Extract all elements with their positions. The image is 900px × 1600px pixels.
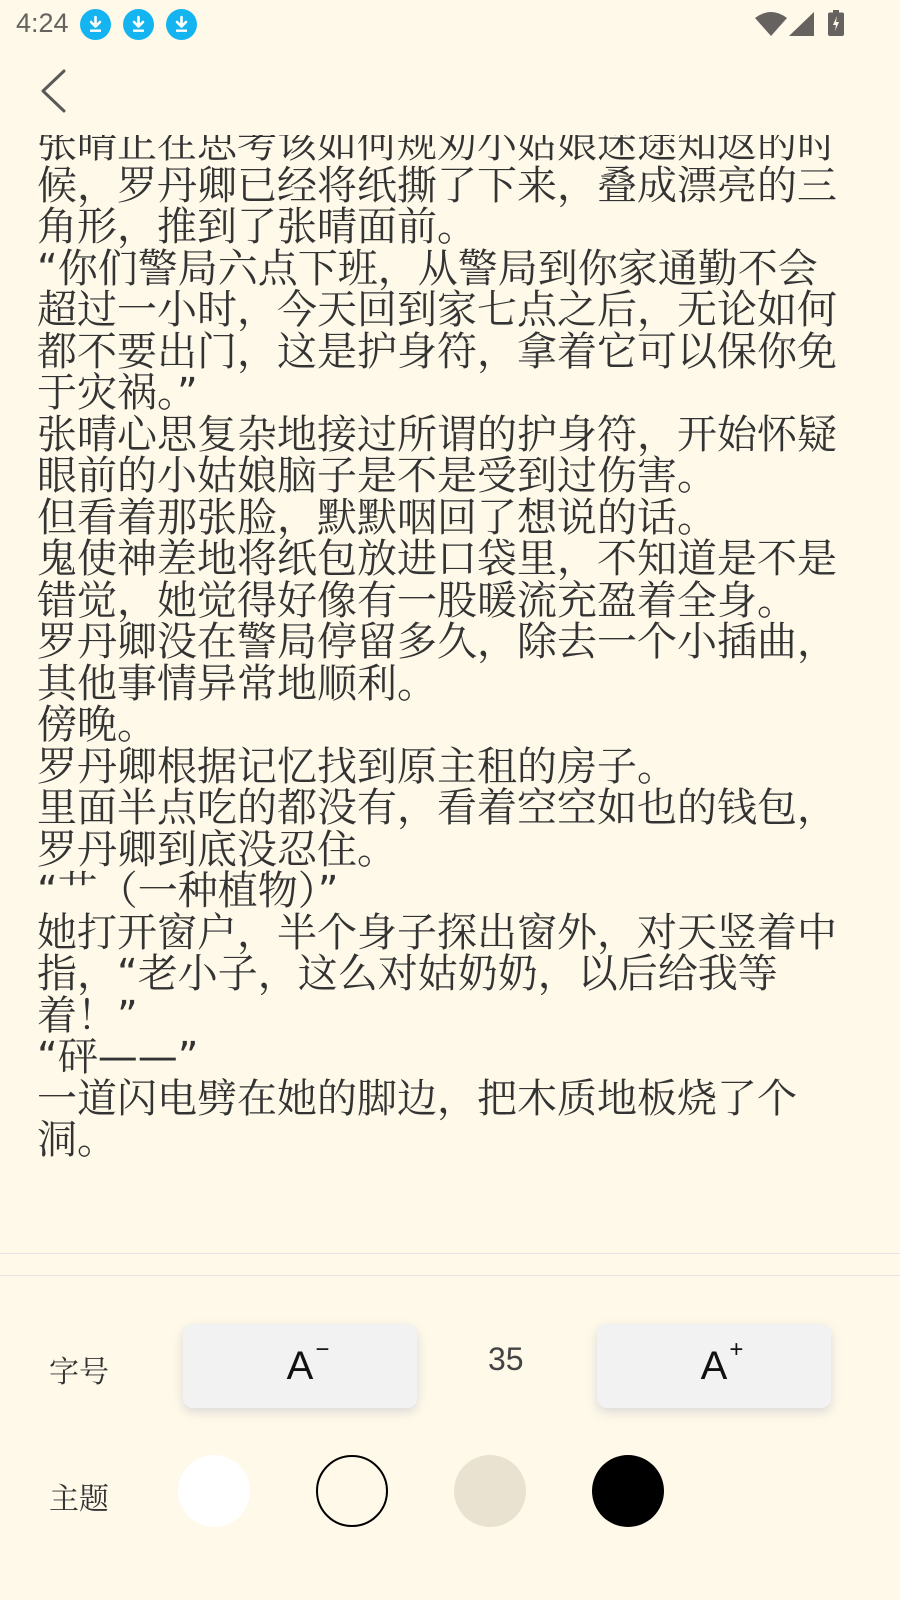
chevron-left-icon — [30, 62, 80, 120]
status-time: 4:24 — [16, 8, 69, 39]
paragraph: 里面半点吃的都没有，看着空空如也的钱包，罗丹卿到底没忍住。 — [37, 788, 837, 871]
theme-white-swatch[interactable] — [178, 1455, 250, 1527]
paragraph: 张晴正在思考该如何规劝小姑娘迷途知返的时候，罗丹卿已经将纸撕了下来，叠成漂亮的三… — [37, 135, 837, 249]
increase-font-button[interactable]: A+ — [597, 1324, 831, 1408]
theme-label: 主题 — [49, 1474, 109, 1518]
status-bar: 4:24 — [0, 0, 900, 48]
font-increase-icon: A+ — [701, 1344, 728, 1389]
paragraph: 鬼使神差地将纸包放进口袋里，不知道是不是错觉，她觉得好像有一股暖流充盈着全身。 — [37, 539, 837, 622]
theme-black-swatch[interactable] — [592, 1455, 664, 1527]
paragraph: “艹（一种植物）” — [37, 871, 837, 913]
paragraph: 罗丹卿根据记忆找到原主租的房子。 — [37, 747, 837, 789]
paragraph: 一道闪电劈在她的脚边，把木质地板烧了个洞。 — [37, 1079, 837, 1162]
cellular-signal-icon — [789, 12, 815, 40]
reader-content[interactable]: 张晴正在思考该如何规劝小姑娘迷途知返的时候，罗丹卿已经将纸撕了下来，叠成漂亮的三… — [0, 135, 900, 1221]
theme-cream-swatch[interactable] — [316, 1455, 388, 1527]
paragraph: 傍晚。 — [37, 705, 837, 747]
download-icon — [80, 9, 111, 40]
paragraph: 罗丹卿没在警局停留多久，除去一个小插曲，其他事情异常地顺利。 — [37, 622, 837, 705]
download-icon — [166, 9, 197, 40]
battery-charging-icon — [828, 10, 844, 40]
paragraph: 张晴心思复杂地接过所谓的护身符，开始怀疑眼前的小姑娘脑子是不是受到过伤害。 — [37, 415, 837, 498]
divider — [0, 1253, 900, 1254]
theme-beige-swatch[interactable] — [454, 1455, 526, 1527]
paragraph: “砰——” — [37, 1037, 837, 1079]
paragraph: “你们警局六点下班，从警局到你家通勤不会超过一小时，今天回到家七点之后，无论如何… — [37, 249, 837, 415]
paragraph: 但看着那张脸，默默咽回了想说的话。 — [37, 498, 837, 540]
back-button[interactable] — [30, 62, 80, 120]
wifi-icon — [755, 12, 787, 40]
font-size-value: 35 — [488, 1341, 524, 1378]
divider — [0, 1275, 900, 1276]
font-size-label: 字号 — [49, 1347, 109, 1391]
reader-text: 张晴正在思考该如何规劝小姑娘迷途知返的时候，罗丹卿已经将纸撕了下来，叠成漂亮的三… — [37, 135, 837, 1162]
font-decrease-icon: A− — [287, 1344, 314, 1389]
download-icon — [123, 9, 154, 40]
decrease-font-button[interactable]: A− — [183, 1324, 417, 1408]
paragraph: 她打开窗户，半个身子探出窗外，对天竖着中指，“老小子，这么对姑奶奶，以后给我等着… — [37, 913, 837, 1038]
